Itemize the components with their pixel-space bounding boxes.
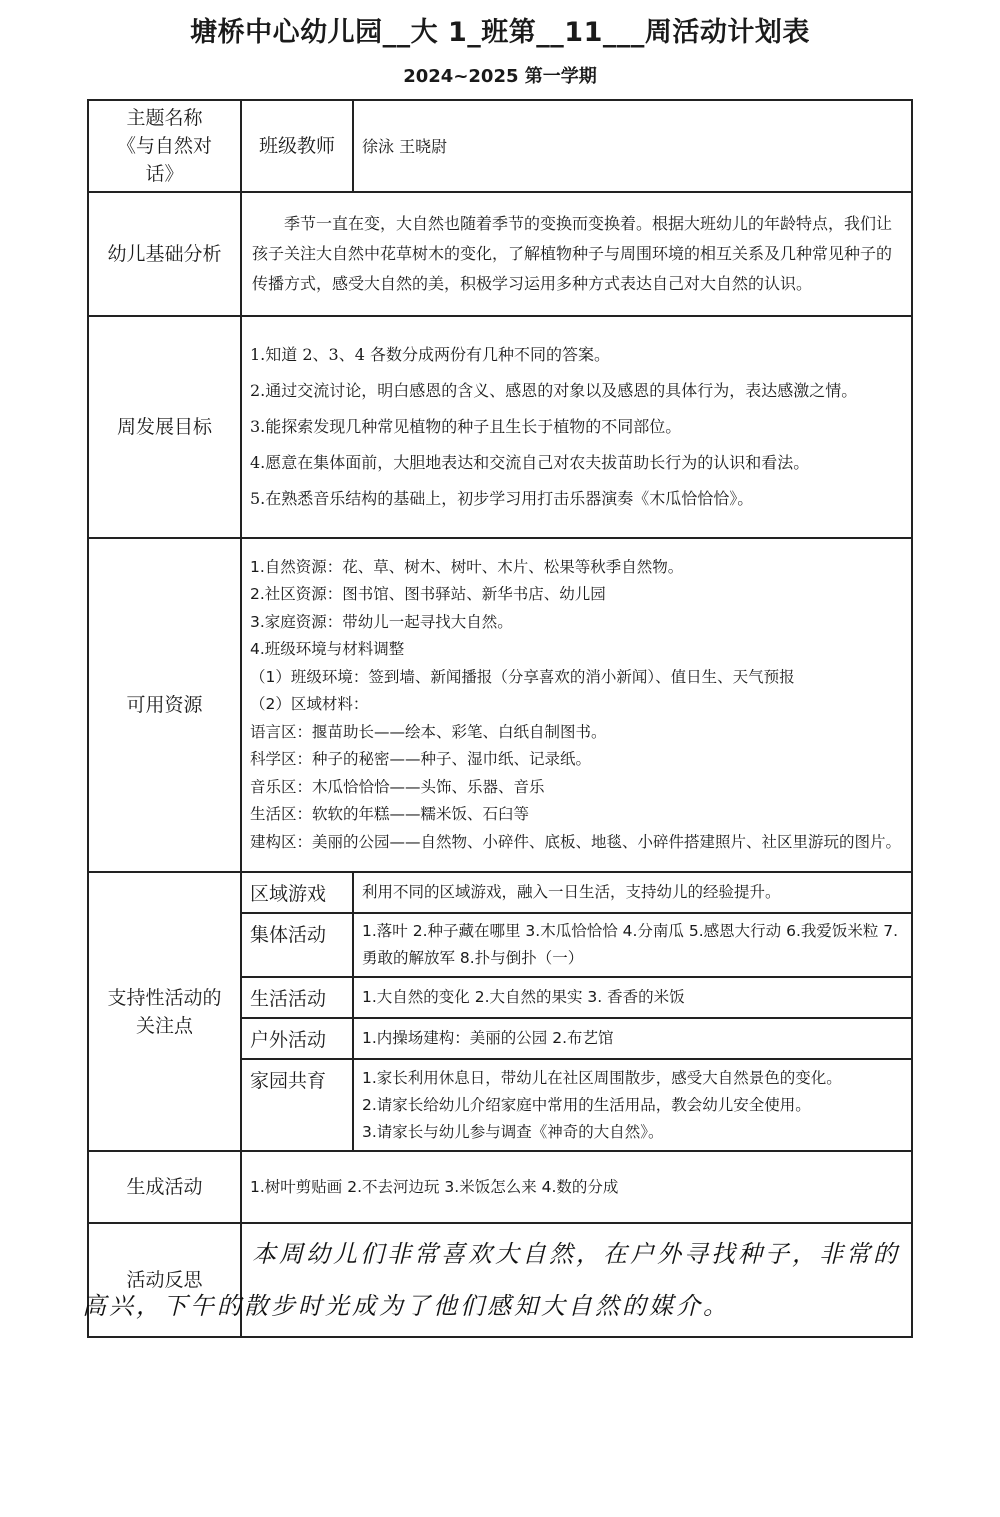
generated-label: 生成活动 bbox=[88, 1151, 241, 1223]
resources-row: 可用资源 1.自然资源：花、草、树木、树叶、木片、松果等秋季自然物。 2.社区资… bbox=[88, 538, 912, 872]
support-label-line2: 关注点 bbox=[89, 1012, 240, 1040]
support-content-item: 2.请家长给幼儿介绍家庭中常用的生活用品，教会幼儿安全使用。 bbox=[362, 1092, 903, 1119]
analysis-text: 季节一直在变，大自然也随着季节的变换而变换着。根据大班幼儿的年龄特点，我们让孩子… bbox=[252, 209, 903, 299]
handwritten-line: 高兴，下午的散步时光成为了他们感知大自然的媒介。 bbox=[82, 1280, 901, 1332]
resource-item: 科学区：种子的秘密——种子、湿巾纸、记录纸。 bbox=[250, 746, 903, 774]
support-category: 集体活动 bbox=[241, 913, 353, 977]
goal-item: 3.能探索发现几种常见植物的种子且生长于植物的不同部位。 bbox=[250, 409, 903, 445]
support-content-list: 1.家长利用休息日，带幼儿在社区周围散步，感受大自然景色的变化。 2.请家长给幼… bbox=[353, 1059, 912, 1151]
support-content: 1.落叶 2.种子藏在哪里 3.木瓜恰恰恰 4.分南瓜 5.感恩大行动 6.我爱… bbox=[353, 913, 912, 977]
teacher-names: 徐泳 王晓尉 bbox=[353, 100, 912, 192]
goal-item: 2.通过交流讨论，明白感恩的含义、感恩的对象以及感恩的具体行为，表达感激之情。 bbox=[250, 373, 903, 409]
analysis-label: 幼儿基础分析 bbox=[88, 192, 241, 316]
theme-row: 主题名称 《与自然对 话》 班级教师 徐泳 王晓尉 bbox=[88, 100, 912, 192]
support-category: 生活活动 bbox=[241, 977, 353, 1018]
resources-content: 1.自然资源：花、草、树木、树叶、木片、松果等秋季自然物。 2.社区资源：图书馆… bbox=[241, 538, 912, 872]
resource-item: 语言区：揠苗助长——绘本、彩笔、白纸自制图书。 bbox=[250, 719, 903, 747]
theme-label: 主题名称 bbox=[89, 104, 240, 132]
goal-item: 5.在熟悉音乐结构的基础上，初步学习用打击乐器演奏《木瓜恰恰恰》。 bbox=[250, 481, 903, 517]
teacher-label: 班级教师 bbox=[241, 100, 353, 192]
theme-label-cell: 主题名称 《与自然对 话》 bbox=[88, 100, 241, 192]
support-content: 1.内操场建构：美丽的公园 2.布艺馆 bbox=[353, 1018, 912, 1059]
resource-item: 生活区：软软的年糕——糯米饭、石臼等 bbox=[250, 801, 903, 829]
resource-item: 3.家庭资源：带幼儿一起寻找大自然。 bbox=[250, 609, 903, 637]
goal-item: 4.愿意在集体面前，大胆地表达和交流自己对农夫拔苗助长行为的认识和看法。 bbox=[250, 445, 903, 481]
generated-content: 1.树叶剪贴画 2.不去河边玩 3.米饭怎么来 4.数的分成 bbox=[241, 1151, 912, 1223]
resource-item: 4.班级环境与材料调整 bbox=[250, 636, 903, 664]
resource-item: 音乐区：木瓜恰恰恰——头饰、乐器、音乐 bbox=[250, 774, 903, 802]
support-content-item: 1.家长利用休息日，带幼儿在社区周围散步，感受大自然景色的变化。 bbox=[362, 1065, 903, 1092]
resource-item: 1.自然资源：花、草、树木、树叶、木片、松果等秋季自然物。 bbox=[250, 554, 903, 582]
reflection-row: 活动反思 本周幼儿们非常喜欢大自然，在户外寻找种子，非常的 高兴，下午的散步时光… bbox=[88, 1223, 912, 1337]
document-title: 塘桥中心幼儿园__大 1_班第__11___周活动计划表 bbox=[0, 10, 1000, 49]
weekly-plan-table: 主题名称 《与自然对 话》 班级教师 徐泳 王晓尉 幼儿基础分析 季节一直在变，… bbox=[87, 99, 913, 1338]
support-category: 户外活动 bbox=[241, 1018, 353, 1059]
resource-item: （2）区域材料： bbox=[250, 691, 903, 719]
resource-item: 建构区：美丽的公园——自然物、小碎件、底板、地毯、小碎件搭建照片、社区里游玩的图… bbox=[250, 829, 903, 857]
support-label-line1: 支持性活动的 bbox=[89, 984, 240, 1012]
goals-row: 周发展目标 1.知道 2、3、4 各数分成两份有几种不同的答案。 2.通过交流讨… bbox=[88, 316, 912, 538]
analysis-content: 季节一直在变，大自然也随着季节的变换而变换着。根据大班幼儿的年龄特点，我们让孩子… bbox=[241, 192, 912, 316]
goals-content: 1.知道 2、3、4 各数分成两份有几种不同的答案。 2.通过交流讨论，明白感恩… bbox=[241, 316, 912, 538]
reflection-handwritten: 本周幼儿们非常喜欢大自然，在户外寻找种子，非常的 高兴，下午的散步时光成为了他们… bbox=[241, 1223, 912, 1337]
support-content-item: 3.请家长与幼儿参与调查《神奇的大自然》。 bbox=[362, 1119, 903, 1146]
resource-item: 2.社区资源：图书馆、图书驿站、新华书店、幼儿园 bbox=[250, 581, 903, 609]
semester-subtitle: 2024~2025 第一学期 bbox=[0, 62, 1000, 88]
goal-item: 1.知道 2、3、4 各数分成两份有几种不同的答案。 bbox=[250, 337, 903, 373]
support-row-area-games: 支持性活动的 关注点 区域游戏 利用不同的区域游戏，融入一日生活，支持幼儿的经验… bbox=[88, 872, 912, 913]
support-category: 家园共育 bbox=[241, 1059, 353, 1151]
goals-label: 周发展目标 bbox=[88, 316, 241, 538]
handwritten-line: 本周幼儿们非常喜欢大自然，在户外寻找种子，非常的 bbox=[252, 1228, 901, 1280]
support-label-cell: 支持性活动的 关注点 bbox=[88, 872, 241, 1151]
theme-name-line2: 话》 bbox=[89, 160, 240, 188]
theme-name-line1: 《与自然对 bbox=[89, 132, 240, 160]
analysis-row: 幼儿基础分析 季节一直在变，大自然也随着季节的变换而变换着。根据大班幼儿的年龄特… bbox=[88, 192, 912, 316]
support-content: 1.大自然的变化 2.大自然的果实 3. 香香的米饭 bbox=[353, 977, 912, 1018]
resource-item: （1）班级环境：签到墙、新闻播报（分享喜欢的消小新闻）、值日生、天气预报 bbox=[250, 664, 903, 692]
generated-row: 生成活动 1.树叶剪贴画 2.不去河边玩 3.米饭怎么来 4.数的分成 bbox=[88, 1151, 912, 1223]
support-content: 利用不同的区域游戏，融入一日生活，支持幼儿的经验提升。 bbox=[353, 872, 912, 913]
support-category: 区域游戏 bbox=[241, 872, 353, 913]
resources-label: 可用资源 bbox=[88, 538, 241, 872]
